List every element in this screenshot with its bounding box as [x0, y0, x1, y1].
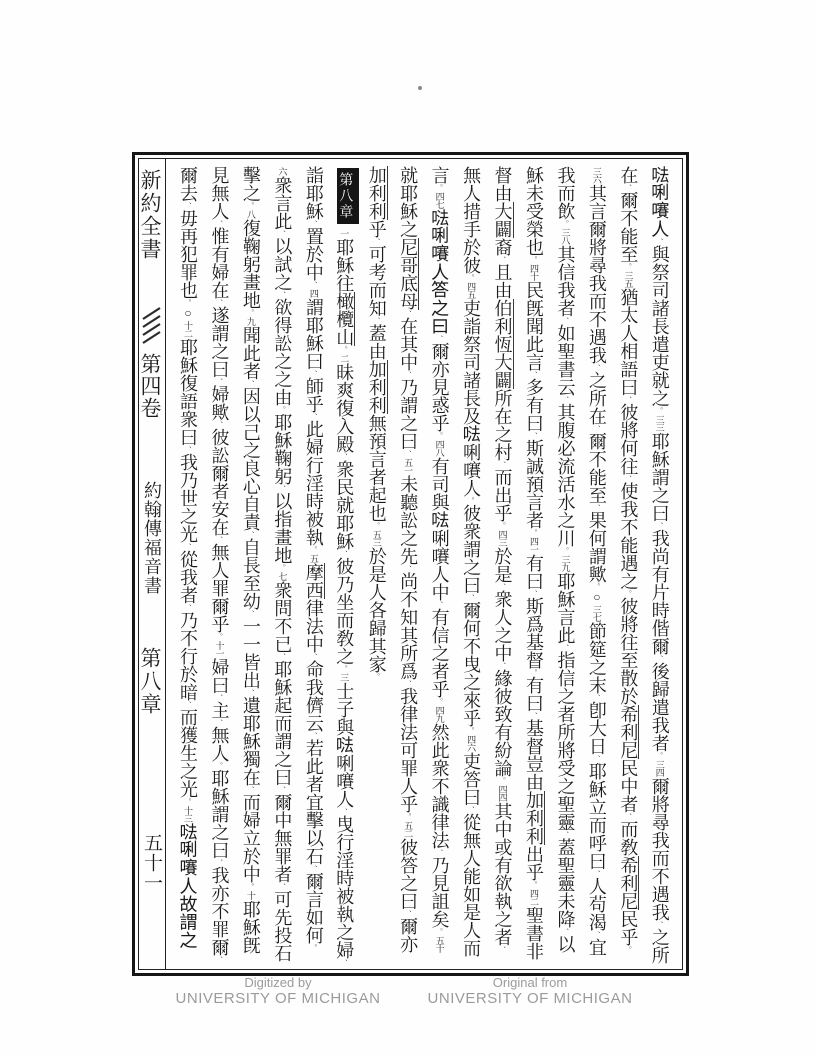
verse-number: 十一	[214, 641, 223, 657]
verse-number: 四六	[466, 735, 475, 751]
proper-noun: 尼哥底母	[398, 238, 419, 310]
digitized-by-stamp: Digitized by UNIVERSITY OF MICHIGAN	[168, 976, 388, 1007]
volume-marker-icon	[141, 305, 163, 354]
verse-number: 五二	[403, 821, 412, 837]
book-title-label: 約翰傳福音書	[139, 481, 165, 595]
verse-number: 十三	[183, 806, 192, 822]
verse-number: 四一	[529, 537, 538, 553]
scan-speck-artifact	[418, 86, 422, 90]
text-column-8: 言。四七𠵽唎㘔人答之曰、爾亦見惑乎。四八有司與𠵽唎㘔人中、有信之者乎。四九然此衆…	[424, 166, 455, 966]
text-column-13: 六衆言此、以試之、欲得訟之之由。耶穌鞠躬、以指畫地。七衆問不已、耶穌起而謂之曰、…	[266, 166, 297, 966]
text-column-9: 就耶穌之尼哥底母、在其中、乃謂之曰、五一未聽訟之先、尚不知其所爲、我律法可罪人乎…	[392, 166, 423, 966]
verse-number: 三三	[655, 415, 664, 431]
verse-number: 四	[309, 289, 318, 297]
text-column-5: 穌未受榮也。四十民旣聞此言、多有曰、斯誠預言者。四一有曰、斯爲基督。有曰、基督豈…	[518, 166, 549, 966]
book-series-title: 新約全書	[139, 169, 165, 261]
verse-number: 十	[246, 891, 255, 899]
verse-number: 三五	[623, 271, 632, 287]
verse-number: 五一	[403, 458, 412, 474]
text-column-2: 在、爾不能至。三五猶太人相語曰、彼將何往、使我不能遇之。彼將往至散於希利尼民中者…	[612, 166, 643, 966]
digitized-by-institution: UNIVERSITY OF MICHIGAN	[168, 990, 388, 1007]
proper-noun: 大闢	[493, 353, 514, 389]
text-column-6: 督由大闢裔、且由伯利恆大闢所在之村、而出乎。四三於是、衆人之中、緣彼致有紛論。四…	[487, 166, 518, 966]
proper-noun: 摩西	[304, 563, 325, 599]
verse-number: 一	[339, 229, 348, 237]
verse-number: 五	[309, 554, 318, 562]
verse-number: 四九	[435, 706, 444, 722]
verse-number: 四四	[498, 785, 507, 801]
original-from-stamp: Original from UNIVERSITY OF MICHIGAN	[410, 976, 650, 1007]
verse-number: 六	[277, 167, 286, 175]
verse-number: 七	[277, 572, 286, 580]
verse-number: 二	[339, 354, 348, 362]
verse-number: 三七	[592, 605, 601, 621]
scripture-text-block: 𠵽唎㘔人、與祭司諸長遣吏就之。三三耶穌謂之曰、我尚有片時偕爾、後歸遣我者。三四爾…	[166, 159, 682, 969]
scanned-book-page: 新約全書 第四卷 約翰傳福音書 第八章 五十一 𠵽唎㘔	[0, 0, 816, 1056]
proper-noun: 伯利恆	[493, 299, 514, 353]
proper-noun: 橄欖山	[334, 292, 355, 346]
margin-label-strip: 新約全書 第四卷 約翰傳福音書 第八章 五十一	[139, 159, 166, 969]
proper-noun: 加利利	[524, 791, 545, 845]
chapter-label: 第八章	[139, 647, 165, 716]
verse-number: 三	[339, 673, 348, 681]
verse-number: 四五	[466, 282, 475, 298]
proper-noun: 希利尼	[618, 856, 639, 910]
verse-number: 八	[246, 210, 255, 218]
verse-number: 四二	[529, 889, 538, 905]
verse-number: 十二	[183, 321, 192, 337]
verse-number: 四三	[498, 530, 507, 546]
text-column-14: 擊之。八復鞠躬畫地。九聞此者、因以己之良心自責、自長至幼、一一皆出、遺耶穌獨在、…	[235, 166, 266, 966]
proper-noun: 希利尼	[618, 705, 639, 759]
text-column-11: 第八章一耶穌往橄欖山。二昧爽復入殿、衆民就耶穌、彼乃坐而敎之。三士子與𠵽唎㘔人、…	[329, 166, 360, 966]
text-column-4: 我而飲。三八其信我者、如聖書云、其腹必流活水之川。三九耶穌言此、指信之者所將受之…	[549, 166, 580, 966]
text-column-15: 見無人、惟有婦在、遂謂之曰、婦歟、彼訟爾者安在、無人罪爾乎。十一婦曰、主、無人。…	[203, 166, 234, 966]
verse-number: 五十	[435, 936, 444, 952]
verse-number: 四七	[435, 192, 444, 208]
proper-noun: 大闢	[493, 202, 514, 238]
chapter-header-box: 第八章	[336, 167, 360, 225]
text-column-12: 詣耶穌、置於中、四謂耶穌曰、師乎、此婦行淫時被執。五摩西律法中、命我儕云、若此者…	[298, 166, 329, 966]
page-number-label: 五十一	[139, 833, 165, 893]
volume-label: 第四卷	[139, 353, 165, 419]
verse-number: 四十	[529, 264, 538, 280]
text-column-3: 三六其言爾將尋我而不遇我、之所在、爾不能至、果何謂歟。○三七節筵之末、卽大日、耶…	[581, 166, 612, 966]
page-border-frame: 新約全書 第四卷 約翰傳福音書 第八章 五十一 𠵽唎㘔	[132, 152, 689, 976]
text-column-16: 爾去、毋再犯罪也。○十二耶穌復語衆曰、我乃世之光、從我者、乃不行於暗、而獲生之光…	[172, 166, 203, 966]
verse-number: 三四	[655, 760, 664, 776]
digitized-by-line: Digitized by	[168, 976, 388, 990]
verse-number: 五三	[372, 530, 381, 546]
verse-number: 三八	[560, 228, 569, 244]
verse-number: 四八	[435, 440, 444, 456]
original-from-line: Original from	[410, 976, 650, 990]
text-column-1: 𠵽唎㘔人、與祭司諸長遣吏就之。三三耶穌謂之曰、我尚有片時偕爾、後歸遣我者。三四爾…	[644, 166, 675, 966]
verse-number: 三九	[560, 555, 569, 571]
original-from-institution: UNIVERSITY OF MICHIGAN	[410, 990, 650, 1007]
verse-number: 九	[246, 317, 255, 325]
text-column-7: 無人措手於彼。四五吏詣祭司諸長及𠵽唎㘔人。彼衆謂之曰、爾何不曳之來乎。四六吏答曰…	[455, 166, 486, 966]
text-column-10: 加利利乎、可考而知、蓋由加利利無預言者起也。五三於是人各歸其家。	[361, 166, 392, 966]
proper-noun: 加利利	[367, 360, 388, 414]
verse-number: 三六	[592, 167, 601, 183]
inner-border-frame: 新約全書 第四卷 約翰傳福音書 第八章 五十一 𠵽唎㘔	[138, 158, 683, 970]
proper-noun: 加利利	[367, 166, 388, 220]
